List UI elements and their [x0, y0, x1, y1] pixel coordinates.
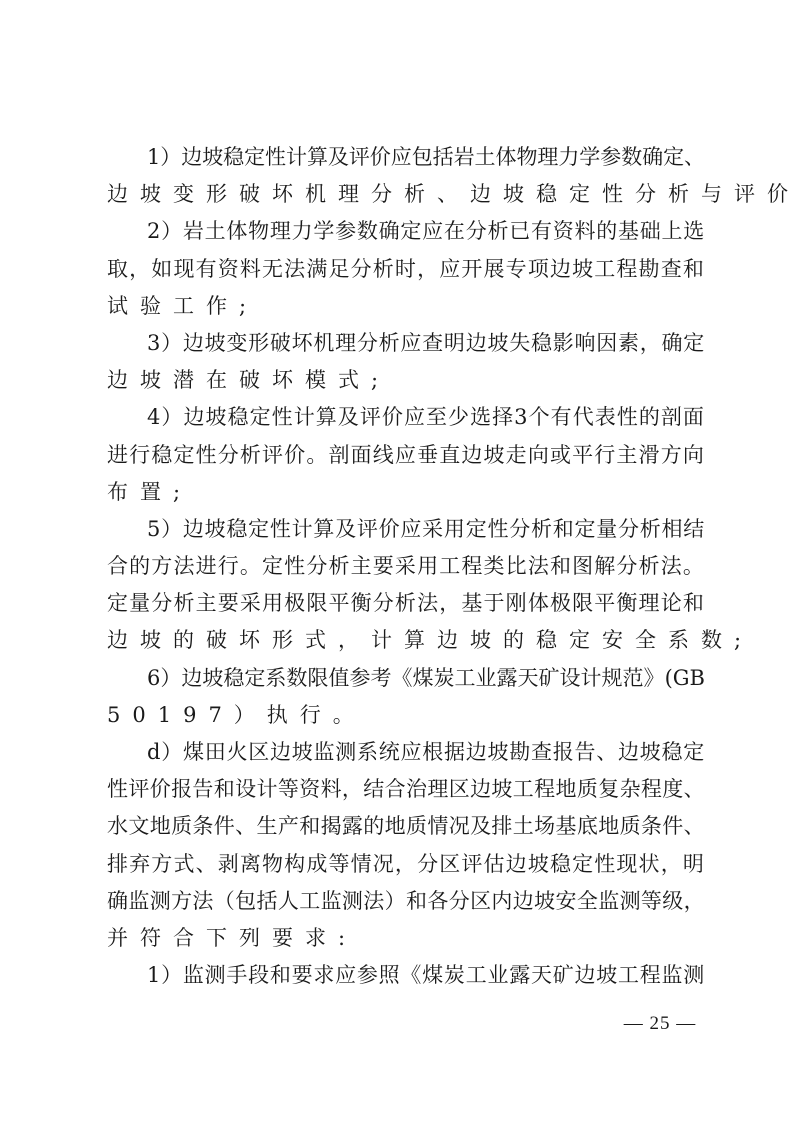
text-line: 边坡变形破坏机理分析、边坡稳定性分析与评价等内容;	[107, 176, 705, 213]
document-page: 1）边坡稳定性计算及评价应包括岩土体物理力学参数确定、边坡变形破坏机理分析、边坡…	[0, 0, 793, 1122]
text-line: 性评价报告和设计等资料，结合治理区边坡工程地质复杂程度、	[107, 771, 705, 808]
text-line: 1）监测手段和要求应参照《煤炭工业露天矿边坡工程监测	[107, 957, 705, 994]
text-line: 5）边坡稳定性计算及评价应采用定性分析和定量分析相结	[107, 511, 705, 548]
text-line: 1）边坡稳定性计算及评价应包括岩土体物理力学参数确定、	[107, 139, 705, 176]
text-line: 边坡潜在破坏模式;	[107, 362, 705, 399]
text-line: 并符合下列要求:	[107, 920, 705, 957]
text-line: 6）边坡稳定系数限值参考《煤炭工业露天矿设计规范》(GB	[107, 660, 705, 697]
text-line: 取，如现有资料无法满足分析时，应开展专项边坡工程勘查和	[107, 251, 705, 288]
text-line: 确监测方法（包括人工监测法）和各分区内边坡安全监测等级，	[107, 883, 705, 920]
text-line: 定量分析主要采用极限平衡分析法，基于刚体极限平衡理论和	[107, 585, 705, 622]
text-line: 试验工作;	[107, 288, 705, 325]
page-number: — 25 —	[610, 1013, 710, 1035]
text-line: 3）边坡变形破坏机理分析应查明边坡失稳影响因素，确定	[107, 325, 705, 362]
text-line: 边坡的破坏形式，计算边坡的稳定安全系数;	[107, 622, 705, 659]
body-text: 1）边坡稳定性计算及评价应包括岩土体物理力学参数确定、边坡变形破坏机理分析、边坡…	[107, 139, 705, 994]
text-line: 水文地质条件、生产和揭露的地质情况及排土场基底地质条件、	[107, 808, 705, 845]
text-line: d）煤田火区边坡监测系统应根据边坡勘查报告、边坡稳定	[107, 734, 705, 771]
text-line: 布置;	[107, 474, 705, 511]
text-line: 进行稳定性分析评价。剖面线应垂直边坡走向或平行主滑方向	[107, 437, 705, 474]
text-line: 排弃方式、剥离物构成等情况，分区评估边坡稳定性现状，明	[107, 846, 705, 883]
text-line: 合的方法进行。定性分析主要采用工程类比法和图解分析法。	[107, 548, 705, 585]
text-line: 4）边坡稳定性计算及评价应至少选择3个有代表性的剖面	[107, 399, 705, 436]
text-line: 2）岩土体物理力学参数确定应在分析已有资料的基础上选	[107, 213, 705, 250]
text-line: 50197）执行。	[107, 697, 705, 734]
